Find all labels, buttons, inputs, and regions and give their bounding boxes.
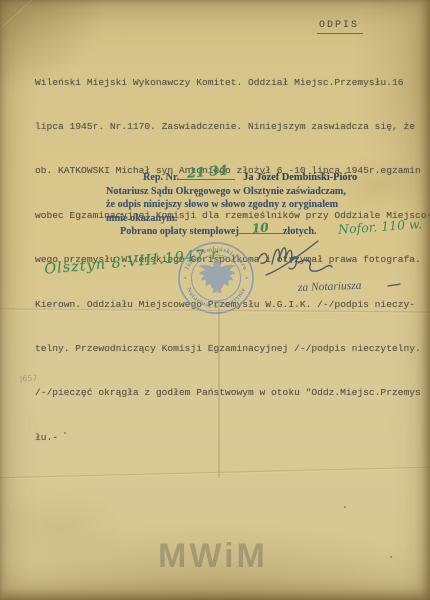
- notary-court-line: Notariusz Sądu Okręgowego w Olsztynie za…: [106, 185, 416, 199]
- notary-signature: za Notariusza: [248, 234, 408, 306]
- rep-number-line: Rep. Nr.21 34Ja Józef Dembiński-Pióro: [143, 171, 416, 185]
- typed-line: Wileński Miejski Wykonawczy Komitet. Odd…: [35, 76, 427, 91]
- copy-heading: ODPIS: [317, 20, 363, 34]
- rep-label: Rep. Nr.: [143, 172, 179, 183]
- fold-crease: [0, 0, 39, 36]
- handwritten-rep-number: 21 34: [187, 164, 229, 181]
- paper-speck: [390, 556, 392, 558]
- faint-pencil-mark: J657: [20, 374, 38, 384]
- fee-label: Pobrano opłaty stemplowej: [120, 226, 239, 237]
- signature-flourish: [258, 241, 400, 286]
- stamp-separator-dot: [185, 277, 187, 279]
- museum-watermark: MWiM: [158, 537, 268, 576]
- document-scan: ODPIS Wileński Miejski Wykonawczy Komite…: [0, 0, 430, 600]
- eagle-emblem-icon: [198, 261, 236, 293]
- typed-line: łu.-: [35, 431, 427, 446]
- typed-line: /-/pieczęć okrągła z godłem Państwowym w…: [35, 386, 427, 401]
- rep-number-blank-line: 21 34: [179, 179, 235, 180]
- notary-name: Ja Józef Dembiński-Pióro: [243, 172, 357, 183]
- typed-line: telny. Przewodniczący Komisji Egzaminacy…: [35, 342, 427, 357]
- paper-speck: [344, 506, 346, 508]
- notary-round-stamp: Józef Dembiński-Pióro Notariusz w Olszty…: [172, 240, 260, 316]
- typed-line: lipca 1945r. Nr.1170. Zaswiadczenie. Nin…: [35, 120, 427, 135]
- signature-role-text: za Notariusza: [297, 280, 362, 294]
- paper-speck: [64, 432, 66, 434]
- notary-conformity-line: że odpis niniejszy słowo w słowo zgodny …: [106, 198, 416, 212]
